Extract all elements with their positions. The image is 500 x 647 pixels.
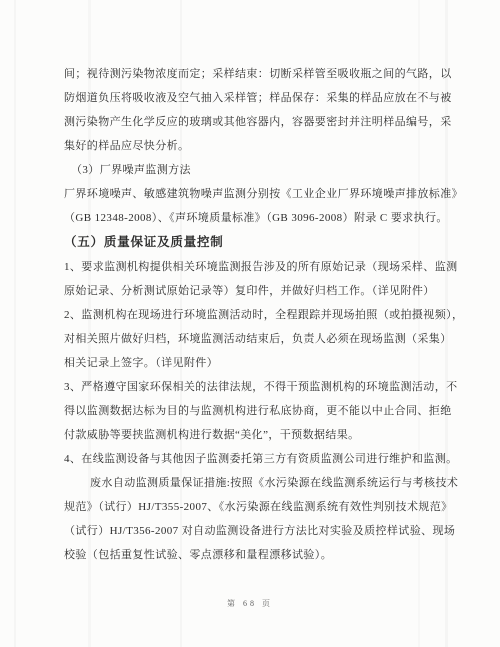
paragraph-line: 废水自动监测质量保证措施:按照《水污染源在线监测系统运行与考核技术 bbox=[64, 471, 460, 495]
paragraph-line: 规范》（试行）HJ/T355-2007、《水污染源在线监测系统有效性判别技术规范… bbox=[64, 495, 460, 519]
section-heading-quality-assurance: （五）质量保证及质量控制 bbox=[64, 230, 460, 255]
paragraph-line: 相关记录上签字。（详见附件） bbox=[64, 351, 460, 375]
paragraph-line: 防烟道负压将吸收液及空气抽入采样管；样品保存：采集的样品应放在不与被 bbox=[64, 86, 460, 110]
paragraph-line: 测污染物产生化学反应的玻璃或其他容器内，容器要密封并注明样品编号，采 bbox=[64, 110, 460, 134]
paragraph-line: 厂界环境噪声、敏感建筑物噪声监测分别按《工业企业厂界环境噪声排放标准》 bbox=[64, 182, 460, 206]
paragraph-line: 间；视待测污染物浓度而定；采样结束：切断采样管至吸收瓶之间的气路，以 bbox=[64, 62, 460, 86]
paragraph-line: （GB 12348-2008）、《声环境质量标准》（GB 3096-2008）附… bbox=[64, 206, 460, 230]
paragraph-line: 集好的样品应尽快分析。 bbox=[64, 134, 460, 158]
subsection-heading-noise-method: （3）厂界噪声监测方法 bbox=[64, 158, 460, 182]
page-number: 第 68 页 bbox=[0, 598, 500, 609]
paragraph-line: 2、监测机构在现场进行环境监测活动时，全程跟踪并现场拍照（或拍摄视频）， bbox=[64, 303, 460, 327]
paragraph-line: 对相关照片做好归档，环境监测活动结束后，负责人必须在现场监测（采集） bbox=[64, 327, 460, 351]
paragraph-line: 4、在线监测设备与其他因子监测委托第三方有资质监测公司进行维护和监测。 bbox=[64, 447, 460, 471]
paragraph-line: 校验（包括重复性试验、零点漂移和量程漂移试验）。 bbox=[64, 543, 460, 567]
paragraph-line: 原始记录、分析测试原始记录等）复印件，并做好归档工作。（详见附件） bbox=[64, 279, 460, 303]
paragraph-line: （试行）HJ/T356-2007 对自动监测设备进行方法比对实验及质控样试验、现… bbox=[64, 519, 460, 543]
paragraph-line: 付款威胁等要挟监测机构进行数据“美化”，干预数据结果。 bbox=[64, 423, 460, 447]
paragraph-line: 3、严格遵守国家环保相关的法律法规，不得干预监测机构的环境监测活动，不 bbox=[64, 375, 460, 399]
paragraph-line: 1、要求监测机构提供相关环境监测报告涉及的所有原始记录（现场采样、监测 bbox=[64, 255, 460, 279]
scanned-document-page: 间；视待测污染物浓度而定；采样结束：切断采样管至吸收瓶之间的气路，以 防烟道负压… bbox=[0, 0, 500, 647]
document-body: 间；视待测污染物浓度而定；采样结束：切断采样管至吸收瓶之间的气路，以 防烟道负压… bbox=[64, 62, 460, 567]
scan-artifact bbox=[14, 0, 16, 647]
paragraph-line: 得以监测数据达标为目的与监测机构进行私底协商，更不能以中止合同、拒绝 bbox=[64, 399, 460, 423]
